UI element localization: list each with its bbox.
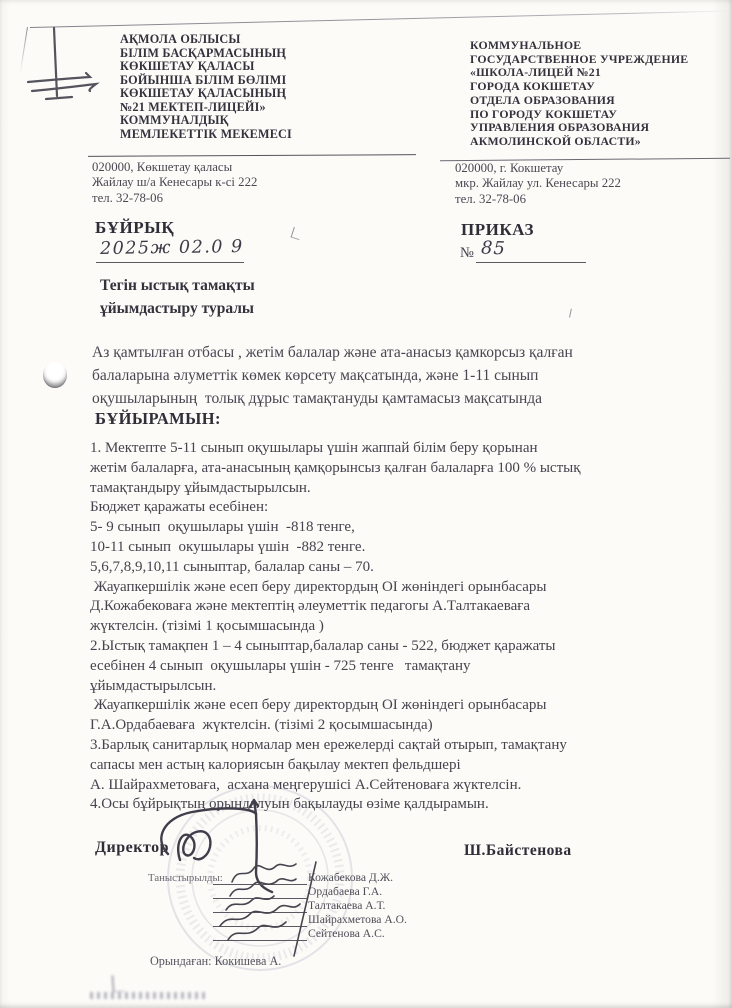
intro-line: оқушыларының толық дұрыс тамақтануды қам…: [92, 387, 724, 410]
letterhead-line: КӨКШЕТАУ ҚАЛАСЫ: [120, 60, 430, 74]
letterhead-russian: КОММУНАЛЬНОЕГОСУДАРСТВЕННОЕ УЧРЕЖДЕНИЕ«Ш…: [470, 39, 728, 149]
subject-line: ұйымдастыру туралы: [100, 297, 400, 320]
pen-scribble-mark: [16, 20, 111, 115]
order-body: 1. Мектепте 5-11 сынып оқушылары үшін жа…: [90, 439, 728, 815]
body-line: жетім балаларға, ата-анасының қамқорынсы…: [90, 459, 728, 479]
body-line: Жауапкершілік және есеп беру директордың…: [90, 578, 728, 598]
stray-ink-mark: [291, 227, 303, 240]
body-line: 1. Мектепте 5-11 сынып оқушылары үшін жа…: [90, 439, 728, 459]
body-line: 5- 9 сынып оқушылары үшін -818 тенге,: [90, 518, 728, 538]
resolve-heading: БҰЙЫРАМЫН:: [95, 409, 221, 429]
letterhead-line: КОММУНАЛЬНОЕ: [470, 39, 728, 53]
order-subject: Тегін ыстық тамақтыұйымдастыру туралы: [100, 274, 400, 320]
letterhead-line: АҚМОЛА ОБЛЫСЫ: [120, 33, 430, 47]
order-date-handwritten: 2025ж 02.0 9: [100, 237, 244, 259]
body-line: Жауапкершілік және есеп беру директордың…: [90, 696, 728, 716]
address-line: 020000, Көкшетау қаласы: [92, 160, 392, 175]
letterhead-kazakh: АҚМОЛА ОБЛЫСЫБІЛІМ БАСҚАРМАСЫНЫҢКӨКШЕТАУ…: [120, 33, 430, 141]
letterhead-line: №21 МЕКТЕП-ЛИЦЕЙІ»: [120, 101, 430, 115]
acknowledged-name: Сейтенова А.С.: [308, 927, 385, 940]
header-divider-left: [88, 154, 416, 157]
order-number-sign: №: [460, 245, 474, 262]
order-title-russian: ПРИКАЗ: [461, 220, 534, 240]
letterhead-line: КӨКШЕТАУ ҚАЛАСЫНЫҢ: [120, 87, 430, 101]
body-line: 2.Ыстық тамақпен 1 – 4 сыныптар,балалар …: [90, 637, 728, 657]
acknowledged-name: Ордабаева Г.А.: [308, 885, 382, 898]
punch-hole-shadow: [43, 362, 67, 388]
body-line: 3.Барлық санитарлық нормалар мен ережеле…: [90, 736, 728, 756]
body-line: 5,6,7,8,9,10,11 сыныптар, балалар саны –…: [90, 558, 728, 578]
scan-edge-line: [30, 11, 730, 29]
order-date-line: [96, 262, 244, 263]
acknowledged-name: Кожабекова Д.Ж.: [308, 871, 393, 884]
letterhead-line: ГОСУДАРСТВЕННОЕ УЧРЕЖДЕНИЕ: [470, 53, 728, 67]
letterhead-line: УПРАВЛЕНИЯ ОБРАЗОВАНИЯ: [470, 121, 728, 135]
order-number-line: [476, 262, 586, 263]
stray-ink-mark: [563, 307, 572, 317]
address-line: Жайлау ш/а Кенесары к-сі 222: [92, 175, 392, 190]
body-line: есебінен 4 сынып оқушылары үшін - 725 те…: [90, 657, 728, 677]
address-line: мкр. Жайлау ул. Кенесары 222: [455, 176, 725, 191]
faint-smudge: [90, 992, 208, 999]
acknowledged-name: Талтакаева А.Т.: [308, 899, 385, 912]
scanned-document-page: АҚМОЛА ОБЛЫСЫБІЛІМ БАСҚАРМАСЫНЫҢКӨКШЕТАУ…: [0, 0, 732, 1008]
letterhead-line: БОЙЫНША БІЛІМ БӨЛІМІ: [120, 74, 430, 88]
body-line: 10-11 сынып окушылары үшін -882 тенге.: [90, 538, 728, 558]
acknowledged-label: Таныстырылды:: [148, 872, 223, 884]
letterhead-line: МЕМЛЕКЕТТІК МЕКЕМЕСІ: [120, 128, 430, 142]
address-line: 020000, г. Кокшетау: [455, 161, 725, 176]
body-line: жүктелсін. (тізімі 1 қосымшасында ): [90, 617, 728, 637]
body-line: Д.Кожабековаға және мектептің әлеуметтік…: [90, 597, 728, 617]
intro-paragraph: Аз қамтылған отбасы , жетім балалар және…: [92, 341, 724, 411]
letterhead-line: БІЛІМ БАСҚАРМАСЫНЫҢ: [120, 47, 430, 61]
address-line: тел. 32-78-06: [92, 191, 392, 206]
letterhead-line: ОТДЕЛА ОБРАЗОВАНИЯ: [470, 94, 728, 108]
order-title-kazakh: БҰЙРЫҚ: [95, 218, 174, 238]
body-line: Г.А.Ордабаеваға жүктелсін. (тізімі 2 қос…: [90, 716, 728, 736]
subject-line: Тегін ыстық тамақты: [100, 274, 400, 297]
faint-smudge: [111, 975, 124, 993]
letterhead-line: КОММУНАЛДЫҚ: [120, 114, 430, 128]
executor-line: Орындаған: Кокишева А.: [150, 954, 281, 969]
intro-line: Аз қамтылған отбасы , жетім балалар және…: [92, 341, 724, 364]
address-russian: 020000, г. Кокшетаумкр. Жайлау ул. Кенес…: [455, 161, 725, 207]
body-line: сапасы мен астың калориясын бақылау мект…: [90, 756, 728, 776]
intro-line: балаларына әлуметтік көмек көрсету мақса…: [92, 364, 724, 387]
body-line: тамақтандыру ұйымдастырылсын.: [90, 479, 728, 499]
order-number-handwritten: 85: [481, 238, 507, 260]
address-line: тел. 32-78-06: [455, 192, 725, 207]
director-name: Ш.Байстенова: [464, 842, 572, 860]
letterhead-line: «ШКОЛА-ЛИЦЕЙ №21: [470, 66, 728, 80]
letterhead-line: АКМОЛИНСКОЙ ОБЛАСТИ»: [470, 135, 728, 149]
acknowledged-name: Шайрахметова А.О.: [308, 913, 407, 926]
letterhead-line: ПО ГОРОДУ КОКШЕТАУ: [470, 108, 728, 122]
address-kazakh: 020000, Көкшетау қаласыЖайлау ш/а Кенеса…: [92, 160, 392, 206]
body-line: Бюджет қаражаты есебінен:: [90, 498, 728, 518]
body-line: ұйымдастырылсын.: [90, 677, 728, 697]
letterhead-line: ГОРОДА КОКШЕТАУ: [470, 80, 728, 94]
